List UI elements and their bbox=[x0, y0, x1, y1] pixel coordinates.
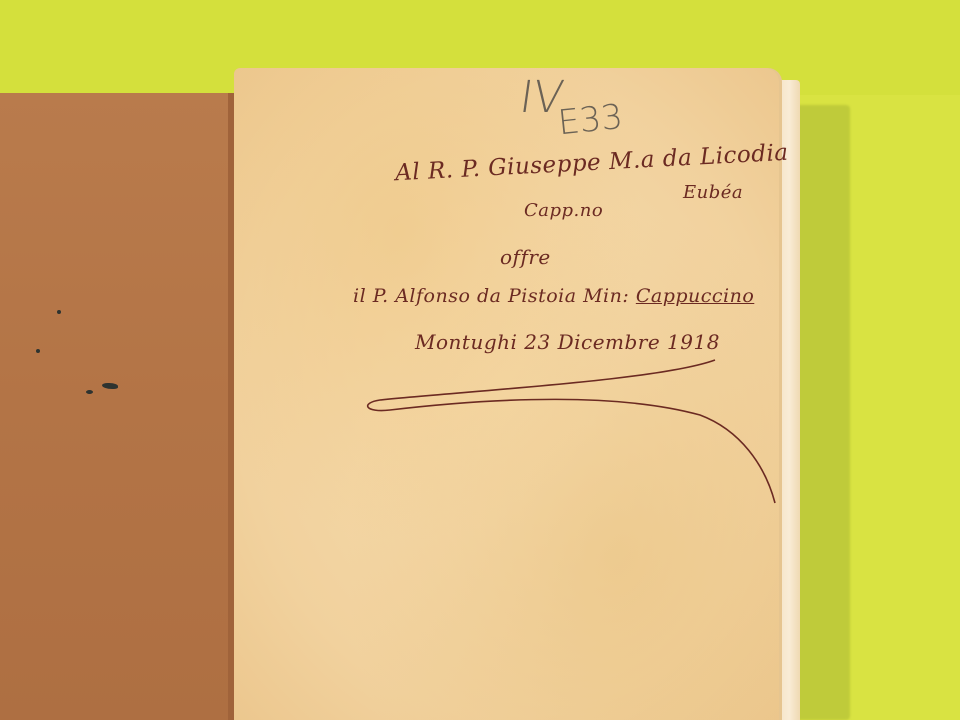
inscription-line-4: il P. Alfonso da Pistoia Min: Cappuccino bbox=[353, 285, 754, 307]
inside-cover-board bbox=[0, 93, 235, 720]
inscription-line-1-suffix: Eubéa bbox=[683, 182, 743, 203]
shelfmark-code: E33 bbox=[556, 97, 625, 144]
inscription-line-5: Montughi 23 Dicembre 1918 bbox=[415, 330, 720, 354]
ink-spot bbox=[57, 310, 61, 314]
ink-spot bbox=[86, 390, 93, 394]
ink-spot bbox=[36, 349, 40, 353]
inscription-line-4-prefix: il P. Alfonso da Pistoia Min: bbox=[353, 285, 629, 307]
inscription-line-4-underlined: Cappuccino bbox=[636, 285, 754, 307]
inscription-line-3: offre bbox=[500, 245, 551, 269]
signature-flourish bbox=[360, 355, 790, 515]
inscription-line-2: Capp.no bbox=[524, 200, 603, 221]
